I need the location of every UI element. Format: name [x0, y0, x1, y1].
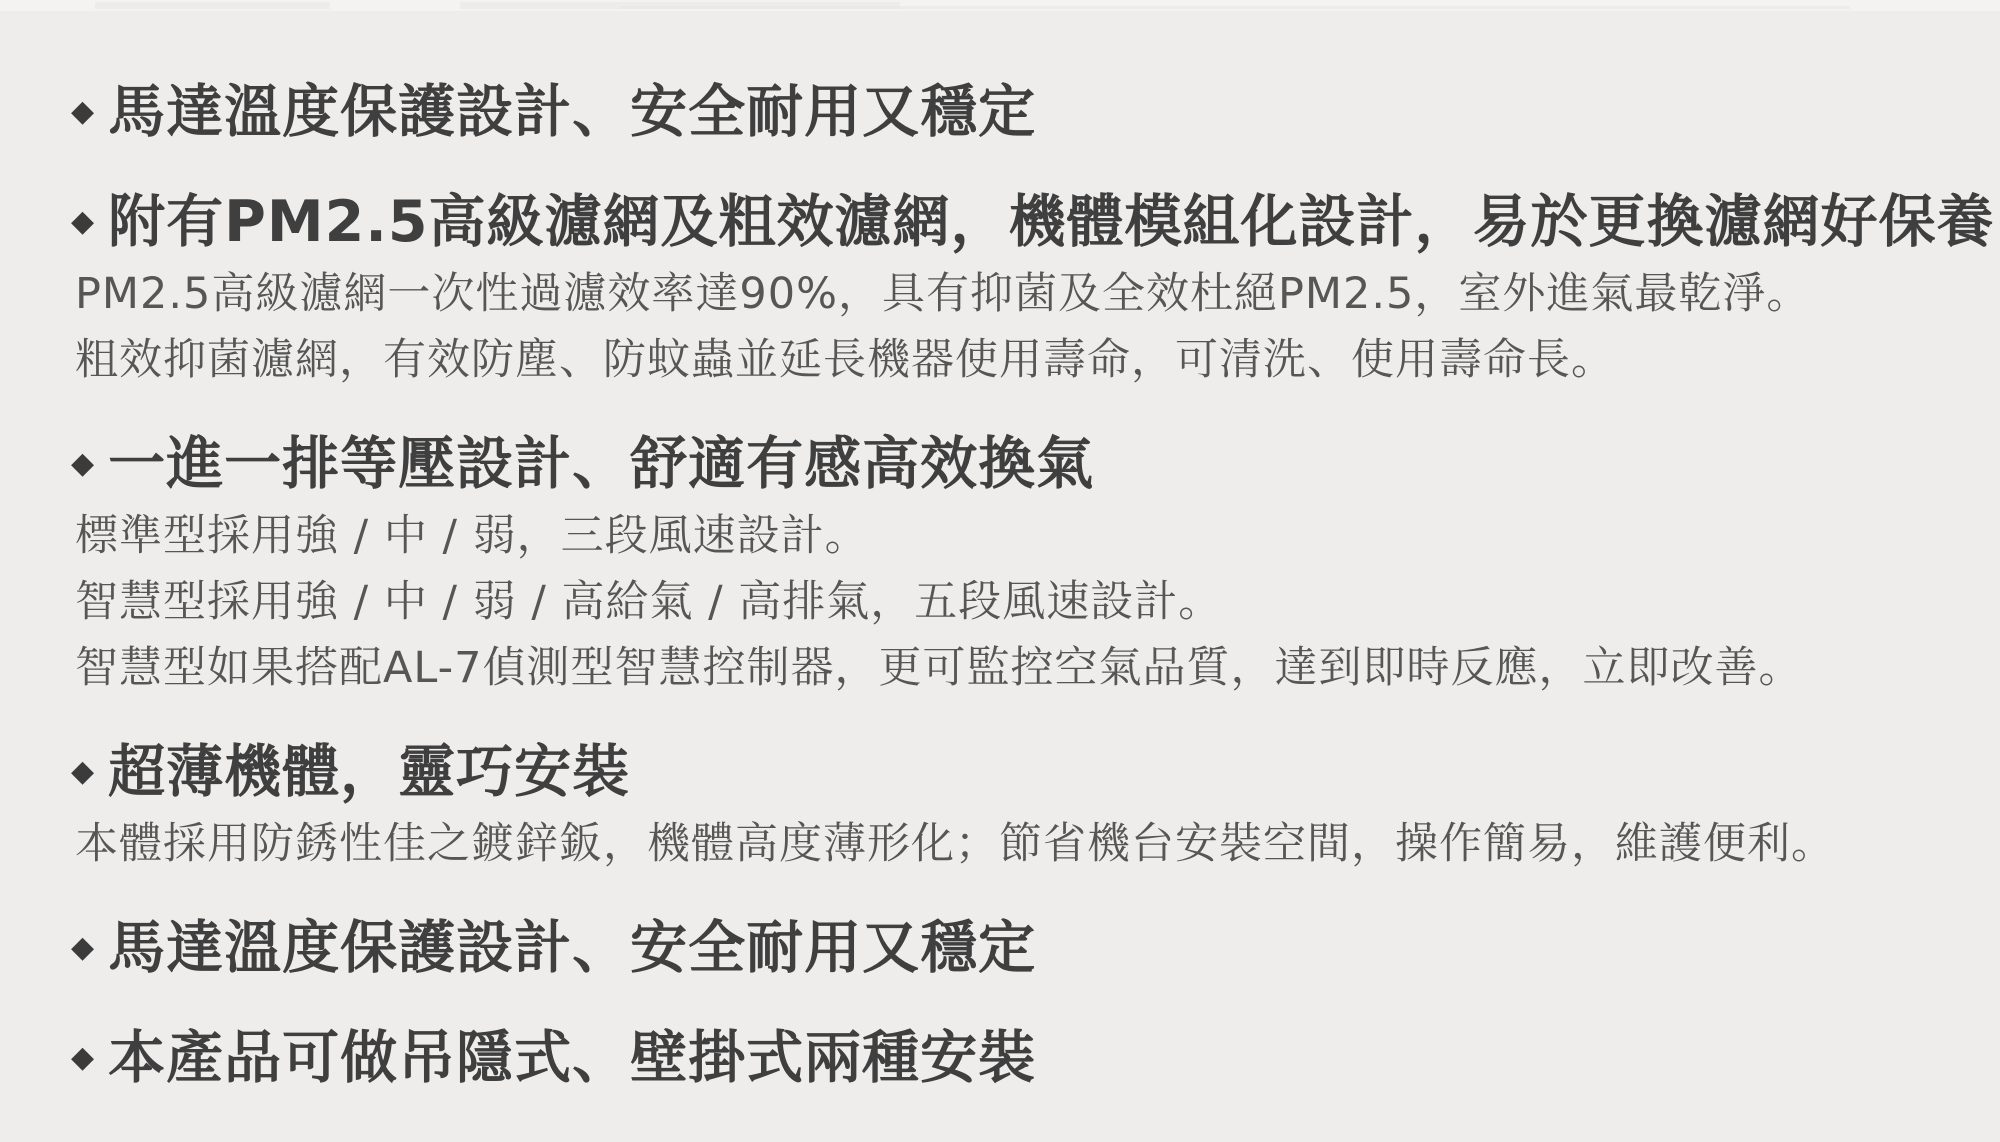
feature-paragraph: PM2.5高級濾網一次性過濾效率達90%，具有抑菌及全效杜絕PM2.5，室外進氣…: [0, 270, 2000, 318]
heading-text: 附有PM2.5高級濾網及粗效濾網，機體模組化設計，易於更換濾網好保養: [108, 192, 1994, 252]
feature-paragraph: 粗效抑菌濾網，有效防塵、防蚊蟲並延長機器使用壽命，可清洗、使用壽命長。: [0, 336, 2000, 384]
diamond-bullet-icon: ◆: [71, 449, 95, 479]
product-feature-list: ◆ 馬達溫度保護設計、安全耐用又穩定 ◆ 附有PM2.5高級濾網及粗效濾網，機體…: [0, 0, 2000, 1088]
heading-text: 超薄機體，靈巧安裝: [108, 742, 630, 802]
feature-heading-pm25-filter: ◆ 附有PM2.5高級濾網及粗效濾網，機體模組化設計，易於更換濾網好保養: [0, 192, 2000, 252]
diamond-bullet-icon: ◆: [71, 1043, 95, 1073]
diamond-bullet-icon: ◆: [71, 97, 95, 127]
feature-heading-slim-body: ◆ 超薄機體，靈巧安裝: [0, 742, 2000, 802]
feature-paragraph: 本體採用防銹性佳之鍍鋅鈑，機體高度薄形化；節省機台安裝空間，操作簡易，維護便利。: [0, 820, 2000, 868]
diamond-bullet-icon: ◆: [71, 933, 95, 963]
feature-heading-motor-protection: ◆ 馬達溫度保護設計、安全耐用又穩定: [0, 82, 2000, 142]
heading-text: 一進一排等壓設計、舒適有感高效換氣: [108, 434, 1094, 494]
feature-heading-install-types: ◆ 本產品可做吊隱式、壁掛式兩種安裝: [0, 1028, 2000, 1088]
feature-paragraph: 智慧型採用強 / 中 / 弱 / 高給氣 / 高排氣，五段風速設計。: [0, 578, 2000, 626]
heading-text: 馬達溫度保護設計、安全耐用又穩定: [108, 918, 1036, 978]
feature-paragraph: 標準型採用強 / 中 / 弱，三段風速設計。: [0, 512, 2000, 560]
heading-text: 本產品可做吊隱式、壁掛式兩種安裝: [108, 1028, 1036, 1088]
feature-heading-equal-pressure: ◆ 一進一排等壓設計、舒適有感高效換氣: [0, 434, 2000, 494]
feature-heading-motor-protection-2: ◆ 馬達溫度保護設計、安全耐用又穩定: [0, 918, 2000, 978]
diamond-bullet-icon: ◆: [71, 207, 95, 237]
feature-paragraph: 智慧型如果搭配AL-7偵測型智慧控制器，更可監控空氣品質，達到即時反應，立即改善…: [0, 644, 2000, 692]
heading-text: 馬達溫度保護設計、安全耐用又穩定: [108, 82, 1036, 142]
diamond-bullet-icon: ◆: [71, 757, 95, 787]
